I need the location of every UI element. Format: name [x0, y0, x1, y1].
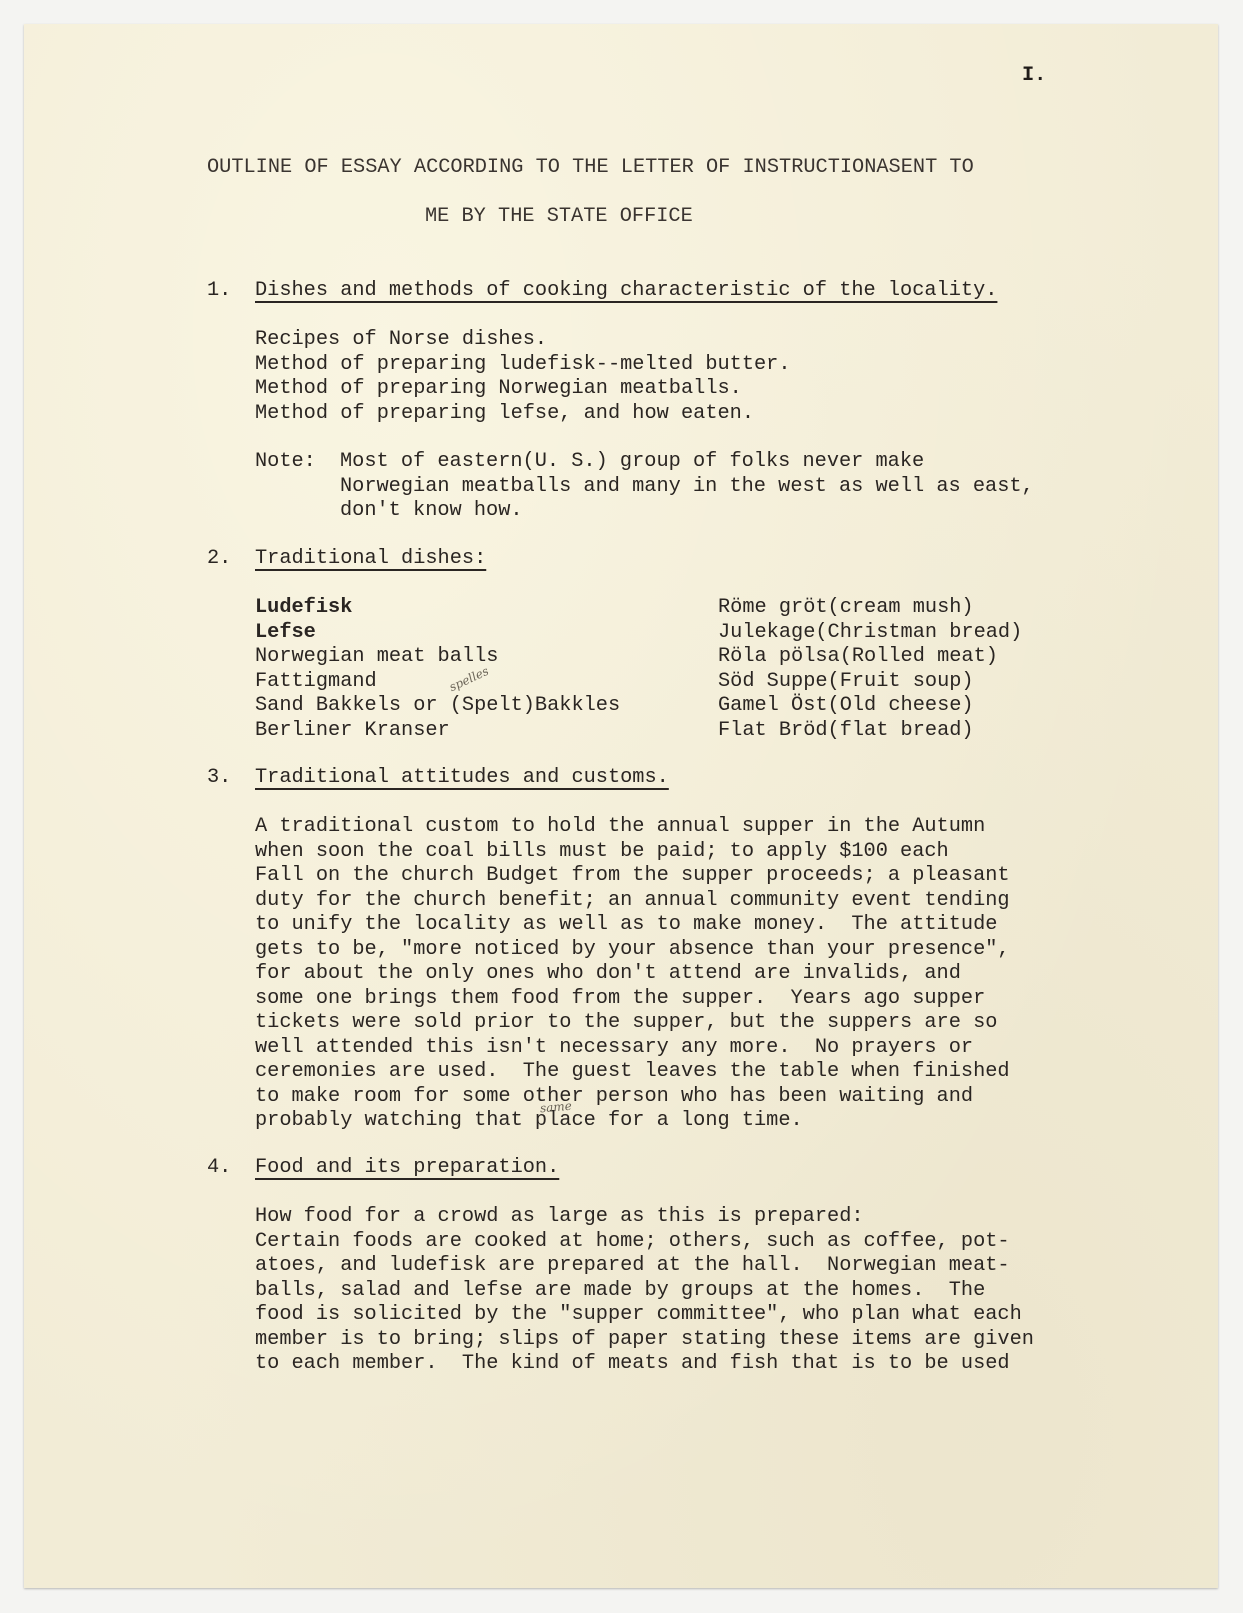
dish-item: Norwegian meat balls: [255, 645, 620, 670]
note-text: Most of eastern(U. S.) group of folks ne…: [340, 450, 1034, 524]
paragraph-line: food is solicited by the "supper committ…: [255, 1303, 1034, 1328]
section-2-number: 2.: [207, 547, 231, 572]
document-title-line-2: ME BY THE STATE OFFICE: [425, 205, 693, 230]
dish-item: Röme gröt(cream mush): [718, 596, 1022, 621]
note-line: Most of eastern(U. S.) group of folks ne…: [340, 450, 1034, 475]
page-number: I.: [1022, 64, 1046, 89]
paragraph-line: balls, salad and lefse are made by group…: [255, 1279, 1034, 1304]
paragraph-line: when soon the coal bills must be paid; t…: [255, 840, 1010, 865]
section-1-list: Recipes of Norse dishes. Method of prepa…: [255, 328, 791, 426]
traditional-dishes-right-column: Röme gröt(cream mush) Julekage(Christman…: [718, 596, 1022, 743]
section-1-number: 1.: [207, 279, 231, 304]
paragraph-line: gets to be, "more noticed by your absenc…: [255, 938, 1010, 963]
document-title-line-1: OUTLINE OF ESSAY ACCORDING TO THE LETTER…: [207, 156, 974, 181]
paragraph-line: A traditional custom to hold the annual …: [255, 815, 1010, 840]
dish-item: Sand Bakkels or (Spelt)Bakkles: [255, 694, 620, 719]
section-3-heading: Traditional attitudes and customs.: [255, 766, 669, 791]
section-3-number: 3.: [207, 766, 231, 791]
dish-item: Berliner Kranser: [255, 719, 620, 744]
paragraph-line: to unify the locality as well as to make…: [255, 913, 1010, 938]
paragraph-line: duty for the church benefit; an annual c…: [255, 889, 1010, 914]
section-3-paragraph: A traditional custom to hold the annual …: [255, 815, 1010, 1134]
section-1-line: Method of preparing ludefisk--melted but…: [255, 353, 791, 378]
paragraph-line: atoes, and ludefisk are prepared at the …: [255, 1254, 1034, 1279]
paragraph-line: to make room for some other person who h…: [255, 1085, 1010, 1110]
handwritten-annotation: same: [539, 1099, 572, 1116]
paragraph-line: some one brings them food from the suppe…: [255, 987, 1010, 1012]
paragraph-line: Fall on the church Budget from the suppe…: [255, 864, 1010, 889]
section-1-line: Method of preparing Norwegian meatballs.: [255, 377, 791, 402]
paragraph-line: Certain foods are cooked at home; others…: [255, 1230, 1034, 1255]
paragraph-line: ceremonies are used. The guest leaves th…: [255, 1060, 1010, 1085]
section-4-number: 4.: [207, 1156, 231, 1181]
section-2-heading: Traditional dishes:: [255, 547, 486, 572]
section-4-paragraph: How food for a crowd as large as this is…: [255, 1205, 1034, 1377]
paragraph-line: How food for a crowd as large as this is…: [255, 1205, 1034, 1230]
section-1-heading: Dishes and methods of cooking characteri…: [255, 279, 997, 304]
section-1-line: Method of preparing lefse, and how eaten…: [255, 402, 791, 427]
paragraph-line: probably watching that place for a long …: [255, 1109, 1010, 1134]
dish-item: Söd Suppe(Fruit soup): [718, 670, 1022, 695]
paragraph-line: to each member. The kind of meats and fi…: [255, 1352, 1034, 1377]
dish-item: Julekage(Christman bread): [718, 621, 1022, 646]
note-line: Norwegian meatballs and many in the west…: [340, 475, 1034, 500]
section-1-line: Recipes of Norse dishes.: [255, 328, 791, 353]
traditional-dishes-left-column: Ludefisk Lefse Norwegian meat balls Fatt…: [255, 596, 620, 743]
paragraph-line: for about the only ones who don't attend…: [255, 962, 1010, 987]
dish-item: Flat Bröd(flat bread): [718, 719, 1022, 744]
paragraph-line: member is to bring; slips of paper stati…: [255, 1328, 1034, 1353]
dish-item: Röla pölsa(Rolled meat): [718, 645, 1022, 670]
paragraph-line: tickets were sold prior to the supper, b…: [255, 1011, 1010, 1036]
section-4-heading: Food and its preparation.: [255, 1156, 559, 1181]
note-label: Note:: [255, 450, 316, 475]
dish-item: Ludefisk: [255, 596, 620, 621]
dish-item: Lefse: [255, 621, 620, 646]
paragraph-line: well attended this isn't necessary any m…: [255, 1036, 1010, 1061]
dish-item: Gamel Öst(Old cheese): [718, 694, 1022, 719]
dish-item: Fattigmand: [255, 670, 620, 695]
note-line: don't know how.: [340, 499, 1034, 524]
